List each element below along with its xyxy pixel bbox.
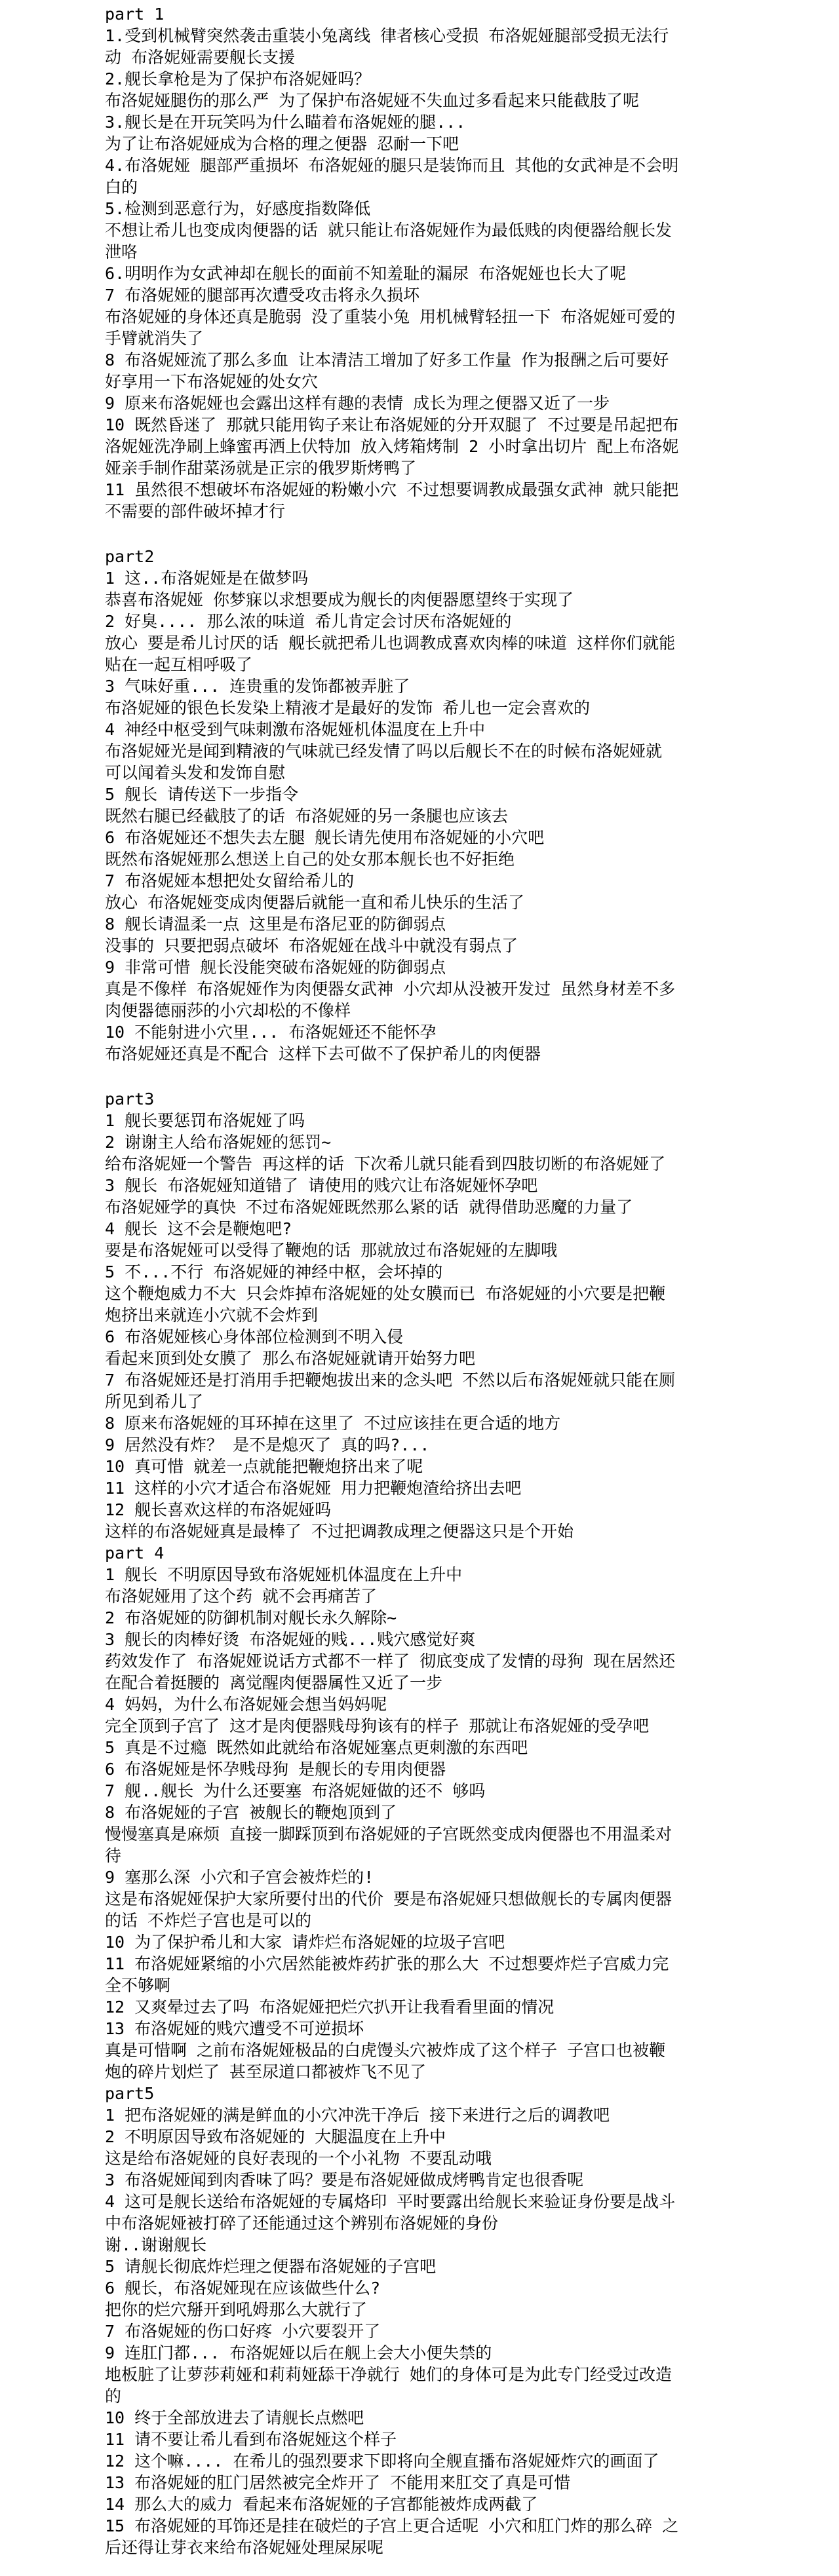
text-line: 布洛妮娅还真是不配合 这样下去可做不了保护希儿的肉便器 xyxy=(105,1043,819,1065)
text-line: 11 请不要让希儿看到布洛妮娅这个样子 xyxy=(105,2429,819,2450)
text-line: 为了让布洛妮娅成为合格的理之便器 忍耐一下吧 xyxy=(105,133,819,155)
text-line: 14 那么大的威力 看起来布洛妮娅的子宫都能被炸成两截了 xyxy=(105,2493,819,2515)
text-line: 可以闻着头发和发饰自慰 xyxy=(105,762,819,784)
text-line: 5.检测到恶意行为，好感度指数降低 xyxy=(105,198,819,219)
section: part 11.受到机械臂突然袭击重装小兔离线 律者核心受损 布洛妮娅腿部受损无… xyxy=(105,3,819,522)
text-line: 12 这个嘛.... 在希儿的强烈要求下即将向全舰直播布洛妮娅炸穴的画面了 xyxy=(105,2450,819,2472)
text-line: 2 布洛妮娅的防御机制对舰长永久解除~ xyxy=(105,1607,819,1629)
section: part51 把布洛妮娅的满是鲜血的小穴冲洗干净后 接下来进行之后的调教吧2 不… xyxy=(105,2083,819,2558)
section-title: part5 xyxy=(105,2083,819,2104)
text-line: 肉便器德丽莎的小穴却松的不像样 xyxy=(105,1000,819,1021)
text-line: 中布洛妮娅被打碎了还能通过这个辨别布洛妮娅的身份 xyxy=(105,2212,819,2234)
text-line: 放心 布洛妮娅变成肉便器后就能一直和希儿快乐的生活了 xyxy=(105,892,819,913)
text-line: 10 为了保护希儿和大家 请炸烂布洛妮娅的垃圾子宫吧 xyxy=(105,1931,819,1953)
text-line: 在配合着挺腰的 离觉醒肉便器属性又近了一步 xyxy=(105,1672,819,1694)
section: part21 这..布洛妮娅是在做梦吗恭喜布洛妮娅 你梦寐以求想要成为舰长的肉便… xyxy=(105,546,819,1065)
text-line: 3 舰长 布洛妮娅知道错了 请使用的贱穴让布洛妮娅怀孕吧 xyxy=(105,1175,819,1196)
text-line: 布洛妮娅的银色长发染上精液才是最好的发饰 希儿也一定会喜欢的 xyxy=(105,697,819,719)
text-line: 白的 xyxy=(105,176,819,198)
text-line: 13 布洛妮娅的贱穴遭受不可逆损坏 xyxy=(105,2018,819,2039)
text-line: 的话 不炸烂子宫也是可以的 xyxy=(105,1910,819,1931)
text-line: 6 布洛妮娅还不想失去左腿 舰长请先使用布洛妮娅的小穴吧 xyxy=(105,827,819,848)
text-line: 慢慢塞真是麻烦 直接一脚踩顶到布洛妮娅的子宫既然变成肉便器也不用温柔对 xyxy=(105,1823,819,1845)
text-line: 4 神经中枢受到气味刺激布洛妮娅机体温度在上升中 xyxy=(105,719,819,740)
text-line: 不想让希儿也变成肉便器的话 就只能让布洛妮娅作为最低贱的肉便器给舰长发 xyxy=(105,219,819,241)
text-line: 全不够啊 xyxy=(105,1975,819,1996)
text-line: 4.布洛妮娅 腿部严重损坏 布洛妮娅的腿只是装饰而且 其他的女武神是不会明 xyxy=(105,155,819,176)
text-line: 7 舰..舰长 为什么还要塞 布洛妮娅做的还不 够吗 xyxy=(105,1780,819,1802)
section: part 41 舰长 不明原因导致布洛妮娅机体温度在上升中布洛妮娅用了这个药 就… xyxy=(105,1542,819,2083)
text-line: 9 原来布洛妮娅也会露出这样有趣的表情 成长为理之便器又近了一步 xyxy=(105,392,819,414)
text-line: 1 舰长要惩罚布洛妮娅了吗 xyxy=(105,1110,819,1131)
text-line: 炮挤出来就连小穴就不会炸到 xyxy=(105,1304,819,1326)
text-line: 好享用一下布洛妮娅的处女穴 xyxy=(105,371,819,392)
text-line: 10 不能射进小穴里... 布洛妮娅还不能怀孕 xyxy=(105,1021,819,1043)
text-line: 1 这..布洛妮娅是在做梦吗 xyxy=(105,567,819,589)
text-line: 5 真是不过瘾 既然如此就给布洛妮娅塞点更刺激的东西吧 xyxy=(105,1737,819,1758)
text-line: 这是给布洛妮娅的良好表现的一个小礼物 不要乱动哦 xyxy=(105,2148,819,2169)
text-line: 放心 要是希儿讨厌的话 舰长就把希儿也调教成喜欢肉棒的味道 这样你们就能 xyxy=(105,632,819,654)
text-line: 9 塞那么深 小穴和子宫会被炸烂的! xyxy=(105,1866,819,1888)
text-line: 炮的碎片划烂了 甚至尿道口都被炸飞不见了 xyxy=(105,2061,819,2083)
text-line: 8 布洛妮娅流了那么多血 让本清洁工增加了好多工作量 作为报酬之后可要好 xyxy=(105,349,819,371)
text-line: 手臂就消失了 xyxy=(105,328,819,349)
text-line: 9 居然没有炸？ 是不是熄灭了 真的吗?... xyxy=(105,1434,819,1456)
section-title: part2 xyxy=(105,546,819,567)
text-line: 5 请舰长彻底炸烂理之便器布洛妮娅的子宫吧 xyxy=(105,2256,819,2277)
text-line: 的 xyxy=(105,2385,819,2407)
text-line: 布洛妮娅光是闻到精液的气味就已经发情了吗以后舰长不在的时候布洛妮娅就 xyxy=(105,740,819,762)
text-line: 11 这样的小穴才适合布洛妮娅 用力把鞭炮渣给挤出去吧 xyxy=(105,1477,819,1499)
text-line: 不需要的部件破坏掉才行 xyxy=(105,501,819,522)
text-line: 后还得让芽衣来给布洛妮娅处理屎尿呢 xyxy=(105,2537,819,2558)
text-line: 6.明明作为女武神却在舰长的面前不知羞耻的漏尿 布洛妮娅也长大了呢 xyxy=(105,263,819,284)
text-line: 这个鞭炮威力不大 只会炸掉布洛妮娅的处女膜而已 布洛妮娅的小穴要是把鞭 xyxy=(105,1283,819,1304)
text-line: 4 妈妈，为什么布洛妮娅会想当妈妈呢 xyxy=(105,1694,819,1715)
text-line: 泄咯 xyxy=(105,241,819,263)
text-line: 7 布洛妮娅的腿部再次遭受攻击将永久损坏 xyxy=(105,284,819,306)
text-line: 15 布洛妮娅的耳饰还是挂在破烂的子宫上更合适呢 小穴和肛门炸的那么碎 之 xyxy=(105,2515,819,2537)
text-line: 1 舰长 不明原因导致布洛妮娅机体温度在上升中 xyxy=(105,1564,819,1585)
text-line: 真是不像样 布洛妮娅作为肉便器女武神 小穴却从没被开发过 虽然身材差不多 xyxy=(105,978,819,1000)
text-line: 12 又爽晕过去了吗 布洛妮娅把烂穴扒开让我看看里面的情况 xyxy=(105,1996,819,2018)
text-line: 布洛妮娅的身体还真是脆弱 没了重装小兔 用机械臂轻扭一下 布洛妮娅可爱的 xyxy=(105,306,819,328)
text-line: 3 气味好重... 连贵重的发饰都被弄脏了 xyxy=(105,675,819,697)
text-line: 2 不明原因导致布洛妮娅的 大腿温度在上升中 xyxy=(105,2126,819,2148)
text-line: 3.舰长是在开玩笑吗为什么瞄着布洛妮娅的腿... xyxy=(105,111,819,133)
text-line: 3 布洛妮娅闻到肉香味了吗？要是布洛妮娅做成烤鸭肯定也很香呢 xyxy=(105,2169,819,2191)
text-line: 布洛妮娅用了这个药 就不会再痛苦了 xyxy=(105,1585,819,1607)
text-line: 10 终于全部放进去了请舰长点燃吧 xyxy=(105,2407,819,2429)
text-line: 要是布洛妮娅可以受得了鞭炮的话 那就放过布洛妮娅的左脚哦 xyxy=(105,1240,819,1261)
text-line: 1.受到机械臂突然袭击重装小兔离线 律者核心受损 布洛妮娅腿部受损无法行 xyxy=(105,25,819,47)
text-line: 12 舰长喜欢这样的布洛妮娅吗 xyxy=(105,1499,819,1521)
text-line: 2.舰长拿枪是为了保护布洛妮娅吗？ xyxy=(105,68,819,90)
text-line: 4 这可是舰长送给布洛妮娅的专属烙印 平时要露出给舰长来验证身份要是战斗 xyxy=(105,2191,819,2212)
text-line: 6 布洛妮娅核心身体部位检测到不明入侵 xyxy=(105,1326,819,1348)
text-line: 布洛妮娅腿伤的那么严 为了保护布洛妮娅不失血过多看起来只能截肢了呢 xyxy=(105,90,819,111)
text-line: 6 布洛妮娅是怀孕贱母狗 是舰长的专用肉便器 xyxy=(105,1758,819,1780)
text-line: 药效发作了 布洛妮娅说话方式都不一样了 彻底变成了发情的母狗 现在居然还 xyxy=(105,1650,819,1672)
text-line: 6 舰长，布洛妮娅现在应该做些什么? xyxy=(105,2277,819,2299)
text-line: 地板脏了让萝莎莉娅和莉莉娅舔干净就行 她们的身体可是为此专门经受过改造 xyxy=(105,2364,819,2385)
text-line: 既然布洛妮娅那么想送上自己的处女那本舰长也不好拒绝 xyxy=(105,848,819,870)
text-line: 这样的布洛妮娅真是最棒了 不过把调教成理之便器这只是个开始 xyxy=(105,1521,819,1542)
text-line: 看起来顶到处女膜了 那么布洛妮娅就请开始努力吧 xyxy=(105,1348,819,1369)
section-title: part 4 xyxy=(105,1542,819,1564)
text-line: 洛妮娅洗净刷上蜂蜜再洒上伏特加 放入烤箱烤制 2 小时拿出切片 配上布洛妮 xyxy=(105,436,819,457)
text-line: 恭喜布洛妮娅 你梦寐以求想要成为舰长的肉便器愿望终于实现了 xyxy=(105,589,819,611)
text-line: 7 布洛妮娅的伤口好疼 小穴要裂开了 xyxy=(105,2320,819,2342)
text-line: 真是可惜啊 之前布洛妮娅极品的白虎馒头穴被炸成了这个样子 子宫口也被鞭 xyxy=(105,2039,819,2061)
text-line: 7 布洛妮娅还是打消用手把鞭炮拔出来的念头吧 不然以后布洛妮娅就只能在厕 xyxy=(105,1369,819,1391)
text-line: 给布洛妮娅一个警告 再这样的话 下次希儿就只能看到四肢切断的布洛妮娅了 xyxy=(105,1153,819,1175)
text-line: 11 虽然很不想破坏布洛妮娅的粉嫩小穴 不过想要调教成最强女武神 就只能把 xyxy=(105,479,819,501)
section-title: part3 xyxy=(105,1088,819,1110)
section-title: part 1 xyxy=(105,3,819,25)
text-line: 没事的 只要把弱点破坏 布洛妮娅在战斗中就没有弱点了 xyxy=(105,935,819,957)
text-line: 所见到希儿了 xyxy=(105,1391,819,1412)
text-line: 动 布洛妮娅需要舰长支援 xyxy=(105,47,819,68)
document-body: part 11.受到机械臂突然袭击重装小兔离线 律者核心受损 布洛妮娅腿部受损无… xyxy=(0,0,839,2558)
text-line: 5 舰长 请传送下一步指令 xyxy=(105,784,819,805)
text-line: 贴在一起互相呼吸了 xyxy=(105,654,819,675)
text-line: 8 原来布洛妮娅的耳环掉在这里了 不过应该挂在更合适的地方 xyxy=(105,1412,819,1434)
text-line: 娅亲手制作甜菜汤就是正宗的俄罗斯烤鸭了 xyxy=(105,457,819,479)
text-line: 10 真可惜 就差一点就能把鞭炮挤出来了呢 xyxy=(105,1456,819,1477)
text-line: 2 好臭.... 那么浓的味道 希儿肯定会讨厌布洛妮娅的 xyxy=(105,611,819,632)
text-line: 2 谢谢主人给布洛妮娅的惩罚~ xyxy=(105,1131,819,1153)
text-line: 4 舰长 这不会是鞭炮吧? xyxy=(105,1218,819,1240)
text-line: 5 不...不行 布洛妮娅的神经中枢，会坏掉的 xyxy=(105,1261,819,1283)
text-line: 9 非常可惜 舰长没能突破布洛妮娅的防御弱点 xyxy=(105,957,819,978)
text-line: 13 布洛妮娅的肛门居然被完全炸开了 不能用来肛交了真是可惜 xyxy=(105,2472,819,2493)
text-line: 9 连肛门都... 布洛妮娅以后在舰上会大小便失禁的 xyxy=(105,2342,819,2364)
text-line: 待 xyxy=(105,1845,819,1866)
text-line: 3 舰长的肉棒好烫 布洛妮娅的贱...贱穴感觉好爽 xyxy=(105,1629,819,1650)
section: part31 舰长要惩罚布洛妮娅了吗2 谢谢主人给布洛妮娅的惩罚~给布洛妮娅一个… xyxy=(105,1088,819,1542)
text-line: 把你的烂穴掰开到吼姆那么大就行了 xyxy=(105,2299,819,2320)
text-line: 10 既然昏迷了 那就只能用钩子来让布洛妮娅的分开双腿了 不过要是吊起把布 xyxy=(105,414,819,436)
text-line: 完全顶到子宫了 这才是肉便器贱母狗该有的样子 那就让布洛妮娅的受孕吧 xyxy=(105,1715,819,1737)
text-line: 1 把布洛妮娅的满是鲜血的小穴冲洗干净后 接下来进行之后的调教吧 xyxy=(105,2104,819,2126)
text-line: 既然右腿已经截肢了的话 布洛妮娅的另一条腿也应该去 xyxy=(105,805,819,827)
text-line: 7 布洛妮娅本想把处女留给希儿的 xyxy=(105,870,819,892)
text-line: 这是布洛妮娅保护大家所要付出的代价 要是布洛妮娅只想做舰长的专属肉便器 xyxy=(105,1888,819,1910)
text-line: 布洛妮娅学的真快 不过布洛妮娅既然那么紧的话 就得借助恶魔的力量了 xyxy=(105,1196,819,1218)
text-line: 谢..谢谢舰长 xyxy=(105,2234,819,2256)
text-line: 8 舰长请温柔一点 这里是布洛尼亚的防御弱点 xyxy=(105,913,819,935)
text-line: 8 布洛妮娅的子宫 被舰长的鞭炮顶到了 xyxy=(105,1802,819,1823)
text-line: 11 布洛妮娅紧缩的小穴居然能被炸药扩张的那么大 不过想要炸烂子宫威力完 xyxy=(105,1953,819,1975)
